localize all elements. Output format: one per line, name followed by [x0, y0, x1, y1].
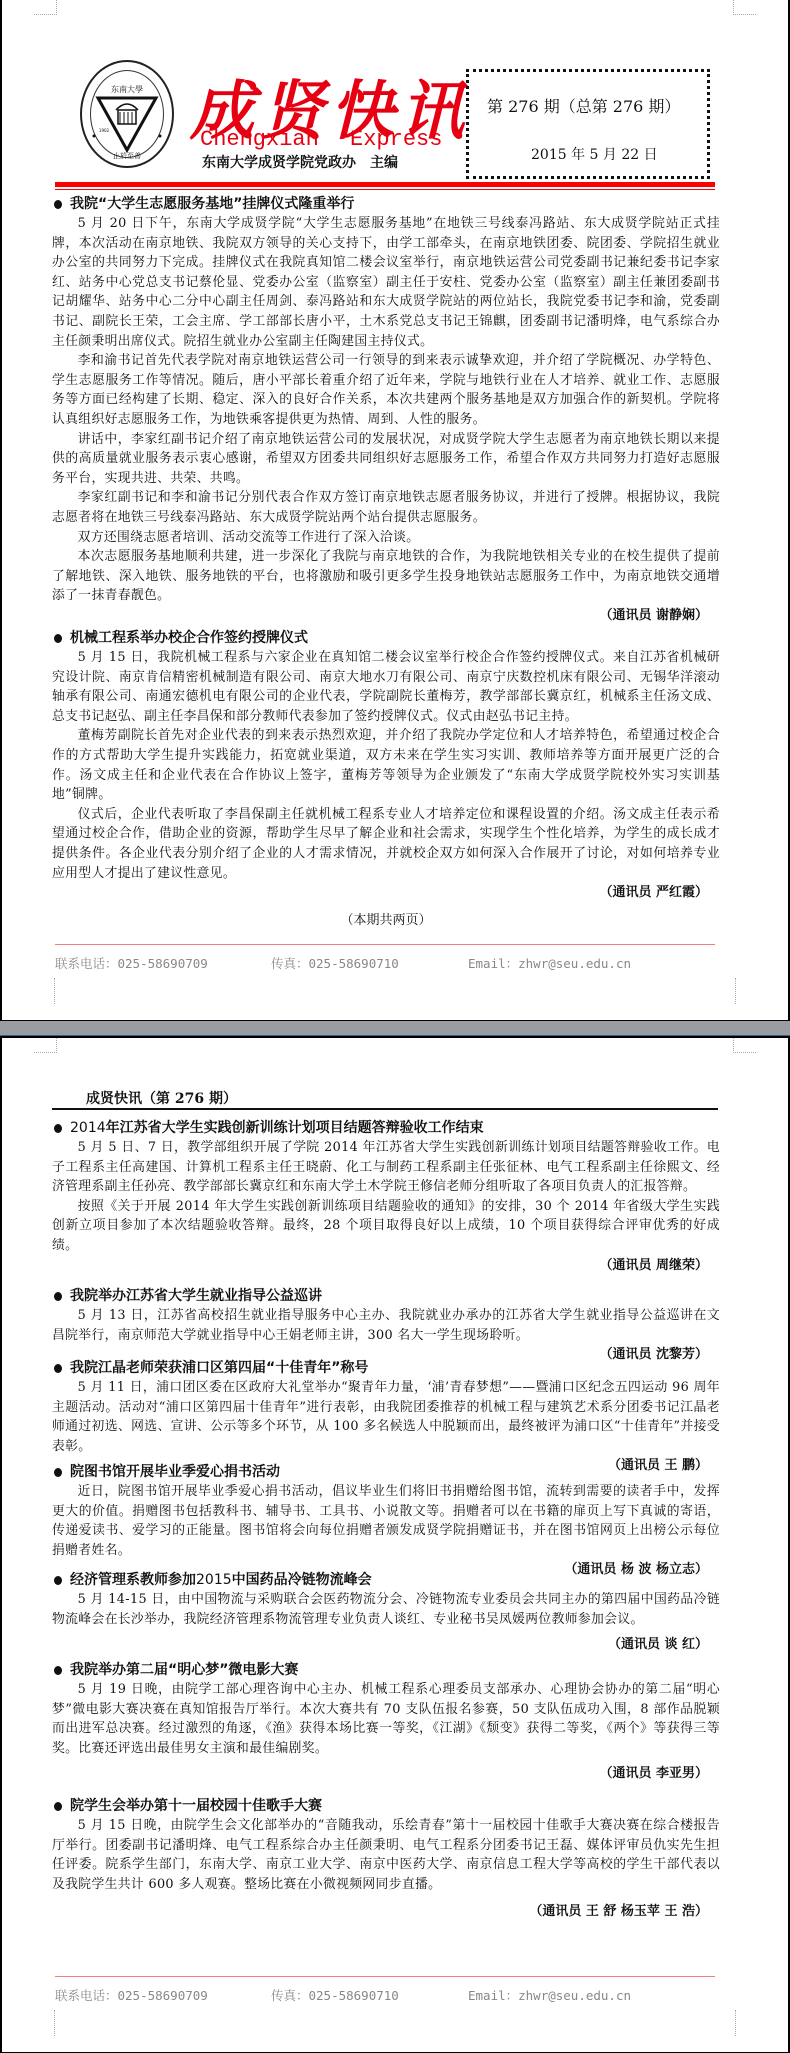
- footer-phone: 联系电话：025-58690709: [55, 954, 208, 972]
- issue-info-box: 第 276 期（总第 276 期） 2015 年 5 月 22 日: [466, 69, 710, 179]
- article-paragraph: 5 月 13 日，江苏省高校招生就业指导服务中心主办、我院就业办承办的江苏省大学…: [52, 1306, 720, 1345]
- footer-phone: 联系电话：025-58690709: [55, 1986, 208, 2004]
- crop-mark: [54, 978, 55, 1004]
- footer-fax: 传真：025-58690710: [271, 1986, 399, 2004]
- article-paragraph: 按照《关于开展 2014 年大学生实践创新训练项目结题验收的通知》的安排，30 …: [52, 1197, 720, 1256]
- bullet-icon: [54, 634, 62, 643]
- crop-mark: [733, 0, 756, 15]
- article-paragraph: 5 月 20 日下午，东南大学成贤学院“大学生志愿服务基地”在地铁三号线泰冯路站…: [52, 214, 720, 351]
- article-byline: （通讯员 严红霞）: [52, 883, 720, 903]
- bullet-icon: [54, 1468, 62, 1477]
- footer-divider: [55, 1976, 715, 1977]
- article-paragraph: 近日，院图书馆开展毕业季爱心捐书活动，倡议毕业生们将旧书捐赠给图书馆，流转到需要…: [52, 1482, 720, 1560]
- footer-contact: 联系电话：025-58690709 传真：025-58690710 Email：…: [55, 954, 715, 972]
- issue-number: 第 276 期（总第 276 期）: [487, 94, 680, 117]
- article-byline: （通讯员 谢静娴）: [52, 606, 720, 626]
- logo-emblem-icon: 东南大學 止於至善 1902: [82, 62, 172, 166]
- bullet-icon: [54, 200, 62, 209]
- crop-mark: [735, 978, 736, 1004]
- running-header-divider: [52, 1108, 718, 1110]
- bullet-icon: [54, 1576, 62, 1585]
- article-paragraph: 5 月 15 日，我院机械工程系与六家企业在真知馆二楼会议室举行校企合作签约授牌…: [52, 648, 720, 726]
- crop-mark: [34, 1038, 57, 1053]
- article-byline: （通讯员 周继荣）: [52, 1256, 720, 1276]
- bullet-icon: [54, 1802, 62, 1811]
- header-divider: [55, 182, 715, 187]
- footer-divider: [55, 944, 715, 945]
- article-paragraph: 5 月 11 日，浦口团区委在区政府大礼堂举办“聚青年力量，‘浦’青春梦想”——…: [52, 1378, 720, 1456]
- newsletter-title-english: Chengxian Express: [200, 127, 442, 152]
- article-paragraph: 5 月 15 日晚，由院学生会文化部举办的“音随我动，乐绘青春”第十一届校园十佳…: [52, 1816, 720, 1894]
- article-paragraph: 本次志愿服务基地顺利共建，进一步深化了我院与南京地铁的合作，为我院地铁相关专业的…: [52, 547, 720, 606]
- university-logo: 东南大學 止於至善 1902: [80, 60, 174, 168]
- article-title: 院学生会举办第十一届校园十佳歌手大赛: [52, 1796, 720, 1816]
- article-title: 我院举办江苏省大学生就业指导公益巡讲: [52, 1286, 720, 1306]
- svg-text:止於至善: 止於至善: [113, 151, 141, 160]
- article-book-donation: 院图书馆开展毕业季爱心捐书活动 近日，院图书馆开展毕业季爱心捐书活动，倡议毕业生…: [52, 1462, 720, 1580]
- article-paragraph: 讲话中，李家红副书记介绍了南京地铁运营公司的发展状况，对成贤学院大学生志愿者为南…: [52, 430, 720, 489]
- bullet-icon: [54, 1292, 62, 1301]
- bullet-icon: [54, 1124, 62, 1133]
- article-micro-film: 我院举办第二届“明心梦”微电影大赛 5 月 19 日晚，由院学工部心理咨询中心主…: [52, 1660, 720, 1784]
- article-top-ten-youth: 我院江晶老师荣获浦口区第四届“十佳青年”称号 5 月 11 日，浦口团区委在区政…: [52, 1358, 720, 1476]
- article-title: 院图书馆开展毕业季爱心捐书活动: [52, 1462, 720, 1482]
- article-volunteer-base: 我院“大学生志愿服务基地”挂牌仪式隆重举行 5 月 20 日下午，东南大学成贤学…: [52, 194, 720, 626]
- footer-email: Email：zhwr@seu.edu.cn: [468, 954, 631, 972]
- article-paragraph: 李和渝书记首先代表学院对南京地铁运营公司一行领导的到来表示诚挚欢迎，并介绍了学院…: [52, 351, 720, 429]
- header-divider-thin: [55, 189, 715, 190]
- page-separator: [0, 1021, 790, 1036]
- article-title: 我院“大学生志愿服务基地”挂牌仪式隆重举行: [52, 194, 720, 214]
- editor-credit: 东南大学成贤学院党政办 主编: [202, 152, 398, 172]
- page-count-note: （本期共两页）: [52, 911, 720, 931]
- article-paragraph: 仪式后，企业代表听取了李昌保副主任就机械工程系专业人才培养定位和课程设置的介绍。…: [52, 805, 720, 883]
- article-paragraph: 5 月 5 日、7 日，教学部组织开展了学院 2014 年江苏省大学生实践创新训…: [52, 1138, 720, 1197]
- article-paragraph: 双方还围绕志愿者培训、活动交流等工作进行了深入洽谈。: [52, 528, 720, 548]
- article-paragraph: 5 月 14-15 日，由中国物流与采购联合会医药物流分会、冷链物流专业委员会共…: [52, 1590, 720, 1629]
- bullet-icon: [54, 1364, 62, 1373]
- article-title: 我院举办第二届“明心梦”微电影大赛: [52, 1660, 720, 1680]
- issue-date: 2015 年 5 月 22 日: [531, 144, 658, 164]
- bullet-icon: [54, 1666, 62, 1675]
- article-cold-chain-summit: 经济管理系教师参加2015中国药品冷链物流峰会 5 月 14-15 日，由中国物…: [52, 1570, 720, 1655]
- running-header: 成贤快讯（第 276 期）: [86, 1088, 237, 1108]
- article-byline: （通讯员 王 舒 杨玉苹 王 浩）: [52, 1902, 720, 1922]
- article-title: 经济管理系教师参加2015中国药品冷链物流峰会: [52, 1570, 720, 1590]
- footer-email: Email：zhwr@seu.edu.cn: [468, 1986, 631, 2004]
- article-byline: （通讯员 谈 红）: [52, 1635, 720, 1655]
- svg-text:东南大學: 东南大學: [111, 84, 143, 94]
- article-title: 2014年江苏省大学生实践创新训练计划项目结题答辩验收工作结束: [52, 1118, 720, 1138]
- article-paragraph: 5 月 19 日晚，由院学工部心理咨询中心主办、机械工程系心理委员支部承办、心理…: [52, 1680, 720, 1758]
- article-byline: （通讯员 李亚男）: [52, 1764, 720, 1784]
- article-innovation-training: 2014年江苏省大学生实践创新训练计划项目结题答辩验收工作结束 5 月 5 日、…: [52, 1118, 720, 1276]
- article-singer-contest: 院学生会举办第十一届校园十佳歌手大赛 5 月 15 日晚，由院学生会文化部举办的…: [52, 1796, 720, 1922]
- crop-mark: [54, 2010, 55, 2036]
- article-paragraph: 李家红副书记和李和渝书记分别代表合作双方签订南京地铁志愿者服务协议，并进行了授牌…: [52, 488, 720, 527]
- crop-mark: [735, 2010, 736, 2036]
- crop-mark: [733, 1038, 756, 1053]
- article-school-enterprise: 机械工程系举办校企合作签约授牌仪式 5 月 15 日，我院机械工程系与六家企业在…: [52, 628, 720, 931]
- footer-contact: 联系电话：025-58690709 传真：025-58690710 Email：…: [55, 1986, 715, 2004]
- crop-mark: [34, 0, 57, 15]
- article-title: 我院江晶老师荣获浦口区第四届“十佳青年”称号: [52, 1358, 720, 1378]
- footer-fax: 传真：025-58690710: [271, 954, 399, 972]
- svg-text:1902: 1902: [99, 128, 110, 133]
- article-paragraph: 董梅芳副院长首先对企业代表的到来表示热烈欢迎，并介绍了我院办学定位和人才培养特色…: [52, 726, 720, 804]
- article-title: 机械工程系举办校企合作签约授牌仪式: [52, 628, 720, 648]
- article-employment-lecture: 我院举办江苏省大学生就业指导公益巡讲 5 月 13 日，江苏省高校招生就业指导服…: [52, 1286, 720, 1365]
